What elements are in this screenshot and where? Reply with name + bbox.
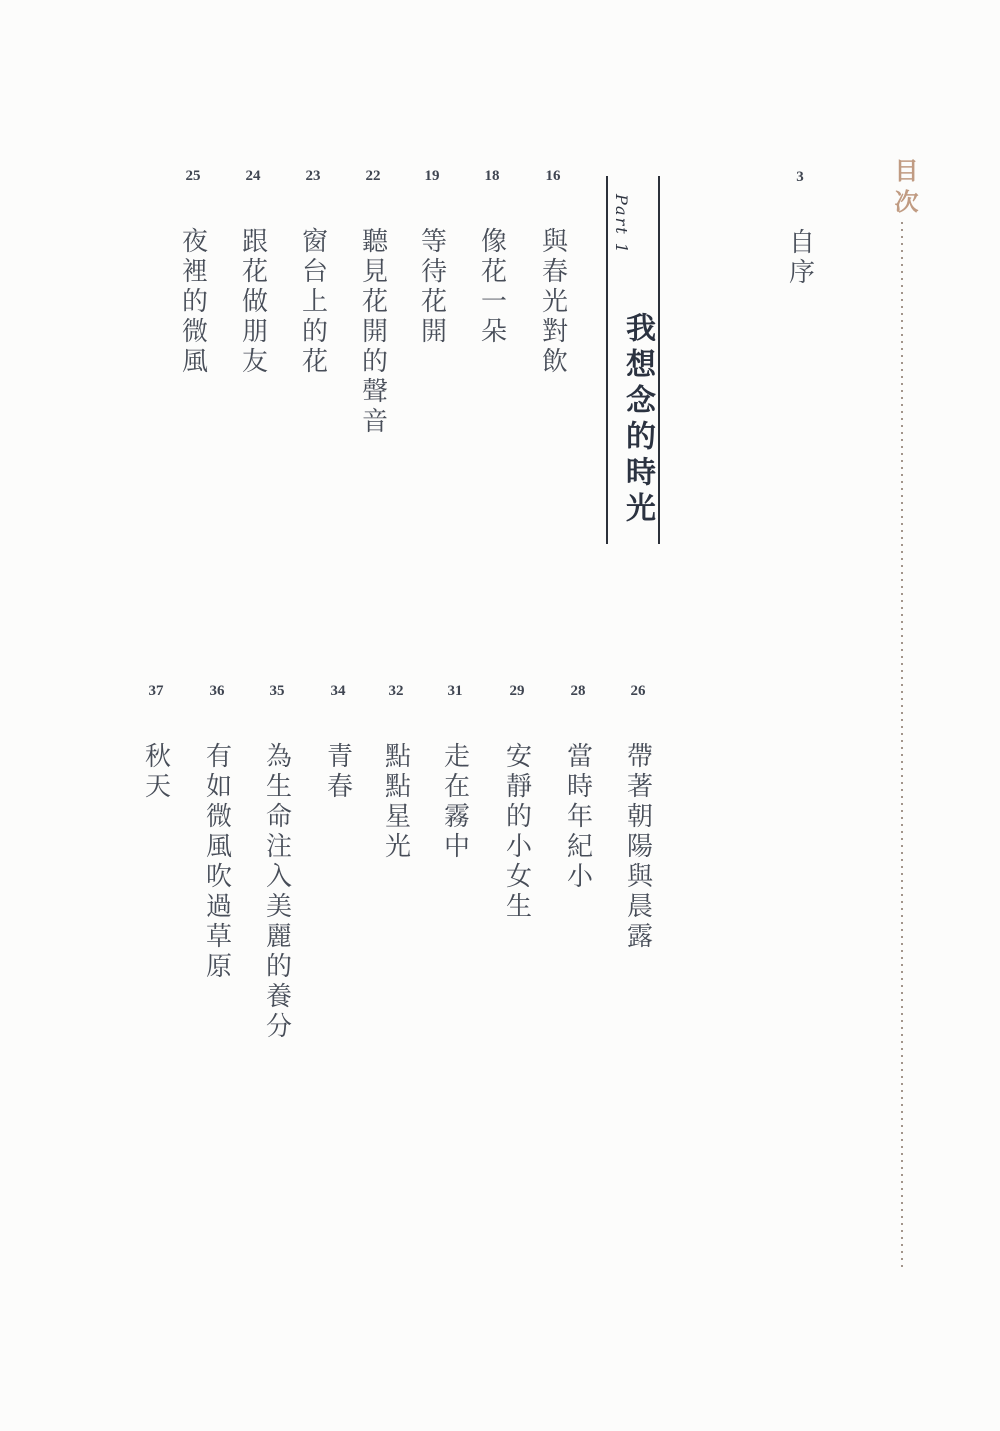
toc-page-number: 36 <box>210 680 225 702</box>
toc-page-number: 32 <box>389 680 404 702</box>
toc-entry-title: 等待花開 <box>414 227 451 347</box>
toc-page-number: 26 <box>631 680 646 702</box>
toc-entry-title: 走在霧中 <box>437 742 474 862</box>
toc-entry: 28 當時年紀小 <box>556 680 600 892</box>
toc-page-number: 35 <box>270 680 285 702</box>
toc-entry: 29 安靜的小女生 <box>495 680 539 922</box>
toc-entry-title: 夜裡的微風 <box>175 227 212 377</box>
toc-entry-title: 當時年紀小 <box>560 742 597 892</box>
toc-entry: 37 秋天 <box>134 680 178 802</box>
toc-entry-title: 跟花做朋友 <box>235 227 272 377</box>
toc-entry-title: 像花一朵 <box>474 227 511 347</box>
preface-title: 自序 <box>782 228 819 288</box>
toc-entry: 36 有如微風吹過草原 <box>195 680 239 982</box>
toc-page-number: 22 <box>366 165 381 187</box>
toc-entry: 19 等待花開 <box>410 165 454 347</box>
toc-entry: 26 帶著朝陽與晨露 <box>616 680 660 952</box>
toc-entry: 24 跟花做朋友 <box>231 165 275 377</box>
part-label-script: Part 1 <box>612 194 631 255</box>
toc-page-number: 28 <box>571 680 586 702</box>
toc-page-number: 34 <box>331 680 346 702</box>
toc-entry-title: 安靜的小女生 <box>499 742 536 922</box>
toc-page-number: 37 <box>149 680 164 702</box>
toc-entry: 35 為生命注入美麗的養分 <box>255 680 299 1042</box>
toc-entry: 34 青春 <box>316 680 360 802</box>
toc-entry: 22 聽見花開的聲音 <box>351 165 395 437</box>
toc-page-number: 18 <box>485 165 500 187</box>
toc-entry-title: 與春光對飲 <box>535 227 572 377</box>
toc-entry: 25 夜裡的微風 <box>171 165 215 377</box>
toc-entry-title: 窗台上的花 <box>295 227 332 377</box>
toc-entry-title: 為生命注入美麗的養分 <box>259 742 296 1042</box>
toc-entry-title: 有如微風吹過草原 <box>199 742 236 982</box>
toc-entry-title: 秋天 <box>138 742 175 802</box>
toc-entry: 32 點點星光 <box>374 680 418 862</box>
toc-page-number: 24 <box>246 165 261 187</box>
toc-entry: 16 與春光對飲 <box>531 165 575 377</box>
toc-entry: 18 像花一朵 <box>470 165 514 347</box>
toc-entry: 31 走在霧中 <box>433 680 477 862</box>
toc-page-number: 19 <box>425 165 440 187</box>
toc-page-number: 29 <box>510 680 525 702</box>
toc-entry-title: 帶著朝陽與晨露 <box>620 742 657 952</box>
toc-header: 目次 <box>886 158 921 220</box>
toc-page-number: 23 <box>306 165 321 187</box>
toc-page-number: 31 <box>448 680 463 702</box>
preface-entry: 3 自序 <box>778 166 822 288</box>
toc-entry-title: 點點星光 <box>378 742 415 862</box>
part-divider-left-rule <box>606 176 608 544</box>
toc-page-number: 16 <box>546 165 561 187</box>
toc-page-number: 25 <box>186 165 201 187</box>
book-toc-page: 目次 3 自序 Part 1 我想念的時光 16 與春光對飲 18 像花一朵 1… <box>0 0 1000 1431</box>
toc-entry-title: 青春 <box>320 742 357 802</box>
preface-page-number: 3 <box>796 166 804 188</box>
part-title: 我想念的時光 <box>615 312 659 528</box>
toc-entry: 23 窗台上的花 <box>291 165 335 377</box>
dotted-rule <box>901 222 903 1272</box>
toc-entry-title: 聽見花開的聲音 <box>355 227 392 437</box>
